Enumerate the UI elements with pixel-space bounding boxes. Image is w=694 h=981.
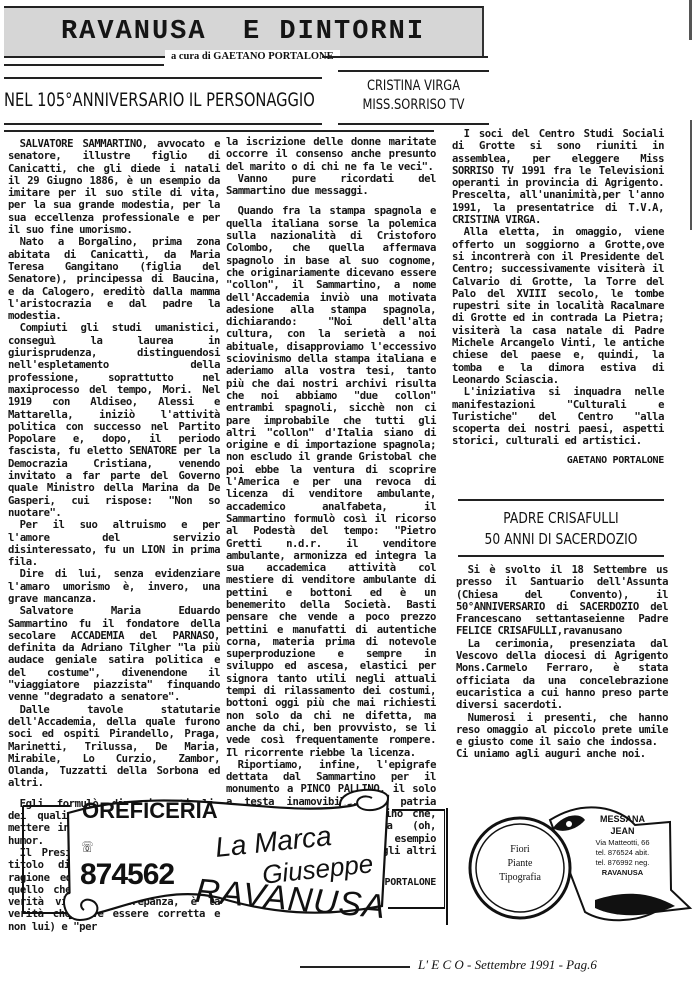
paragraph: SALVATORE SAMMARTINO, avvocato e senator…: [8, 138, 220, 236]
masthead-byline: a cura di GAETANO PORTALONE: [165, 50, 340, 63]
ad-address: Via Matteotti, 66: [575, 838, 670, 847]
byline-rule-left: [4, 64, 164, 66]
paragraph: Alla eletta, in omaggio, viene offerto u…: [452, 226, 664, 386]
crisafulli-headline-line2: 50 ANNI DI SACERDOZIO: [477, 529, 646, 550]
page-footer: L' E C O - Settembre 1991 - Pag.6: [300, 957, 690, 977]
paragraph: Dire di lui, senza evidenziare l'amaro u…: [8, 568, 220, 605]
ad-left-line3: Tipografia: [490, 872, 550, 883]
paragraph: Ci uniamo agli auguri anche noi.: [456, 748, 668, 760]
byline-rule-right: [322, 56, 488, 58]
paragraph: Salvatore Maria Eduardo Sammartino fu il…: [8, 605, 220, 703]
article-headline: NEL 105°ANNIVERSARIO IL PERSONAGGIO: [4, 89, 277, 111]
ad-phone: 874562: [80, 858, 174, 892]
paragraph: Compiuti gli studi umanistici, conseguì …: [8, 322, 220, 519]
paragraph: la iscrizione delle donne maritate occor…: [226, 136, 436, 173]
telephone-icon: ☏: [82, 838, 93, 856]
ad-town: RAVANUSA: [575, 868, 670, 877]
crisafulli-headline: PADRE CRISAFULLI 50 ANNI DI SACERDOZIO: [458, 499, 664, 557]
crisafulli-article: Si è svolto il 18 Settembre us presso il…: [456, 564, 668, 761]
footer-text: L' E C O - Settembre 1991 - Pag.6: [418, 957, 597, 973]
virga-signature: GAETANO PORTALONE: [452, 455, 664, 467]
ad-oreficeria: OREFICERIA La Marca Giuseppe ☏ 874562 RA…: [20, 788, 445, 928]
masthead-title: RAVANUSA E DINTORNI: [4, 17, 482, 47]
paragraph: Numerosi i presenti, che hanno reso omag…: [456, 712, 668, 749]
paragraph: Dalle tavole statutarie dell'Accademia, …: [8, 704, 220, 790]
scan-edge-mark: [689, 0, 692, 40]
crisafulli-headline-line1: PADRE CRISAFULLI: [477, 508, 646, 529]
virga-headline-line1: CRISTINA VIRGA: [352, 77, 476, 96]
ad-shop-name: OREFICERIA: [82, 798, 218, 824]
ad-messana: Fiori Piante Tipografia MESSANA JEAN Via…: [445, 800, 694, 925]
headline-underrule: [4, 130, 434, 132]
paragraph: Per il suo altruismo e per l'amore del s…: [8, 519, 220, 568]
virga-headline-line2: MISS.SORRISO TV: [352, 96, 476, 115]
paragraph: L'iniziativa si inquadra nelle manifesta…: [452, 386, 664, 447]
virga-article: I soci del Centro Studi Sociali di Grott…: [452, 128, 664, 467]
footer-rule: [300, 966, 410, 968]
paragraph: I soci del Centro Studi Sociali di Grott…: [452, 128, 664, 226]
paragraph: Si è svolto il 18 Settembre us presso il…: [456, 564, 668, 638]
paragraph: Nato a Borgalino, prima zona abitata di …: [8, 236, 220, 322]
headline-box: NEL 105°ANNIVERSARIO IL PERSONAGGIO: [4, 77, 322, 125]
ad-left-line2: Piante: [490, 858, 550, 869]
ad-name-line1: MESSANA: [575, 814, 670, 824]
paragraph: La cerimonia, presenziata dal Vescovo de…: [456, 638, 668, 712]
ad-left-line1: Fiori: [490, 844, 550, 855]
sammartino-column-2: la iscrizione delle donne maritate occor…: [226, 136, 436, 889]
ad-tel-shop: tel. 876992 neg.: [575, 858, 670, 867]
virga-headline: CRISTINA VIRGA MISS.SORRISO TV: [338, 70, 489, 125]
ad-name-line2: JEAN: [575, 826, 670, 836]
paragraph: Quando fra la stampa spagnola e quella i…: [226, 205, 436, 758]
ad-tel-home: tel. 876524 abit.: [575, 848, 670, 857]
scan-edge-mark: [690, 120, 692, 230]
paragraph: Vanno pure ricordati del Sammartino due …: [226, 173, 436, 198]
